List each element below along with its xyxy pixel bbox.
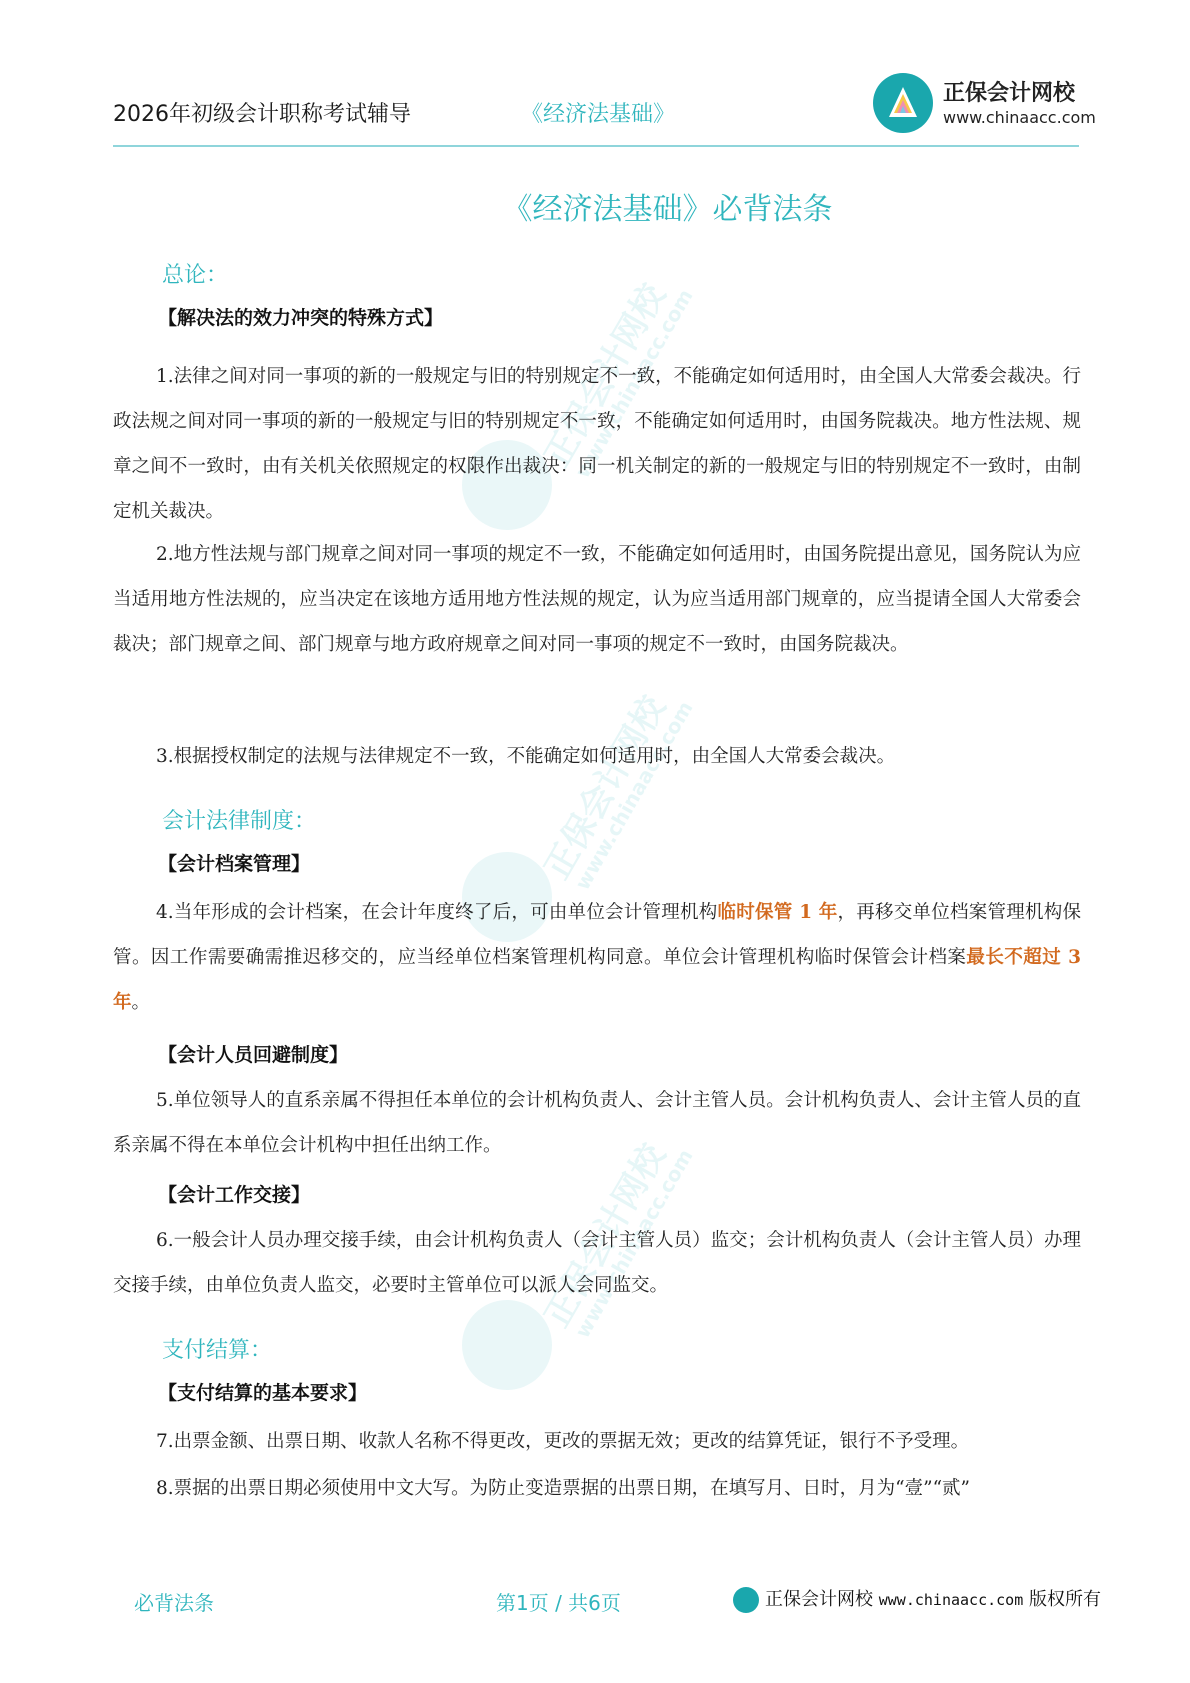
header-course: 2026年初级会计职称考试辅导 [113,97,411,128]
article-6: 6.一般会计人员办理交接手续，由会计机构负责人（会计主管人员）监交；会计机构负责… [113,1218,1081,1308]
article-4-text-a: 4.当年形成的会计档案，在会计年度终了后，可由单位会计管理机构 [156,902,718,923]
article-8: 8.票据的出票日期必须使用中文大写。为防止变造票据的出票日期，在填写月、日时，月… [113,1466,1081,1511]
section-heading-general: 总论： [162,258,228,289]
footer-brand-url[interactable]: www.chinaacc.com [879,1591,1024,1609]
article-3: 3.根据授权制定的法规与法律规定不一致，不能确定如何适用时，由全国人大常委会裁决… [113,734,1081,779]
subheading-conflict-resolution: 【解决法的效力冲突的特殊方式】 [158,303,443,330]
subheading-archive-management: 【会计档案管理】 [158,849,310,876]
subheading-work-handover: 【会计工作交接】 [158,1180,310,1207]
article-4: 4.当年形成的会计档案，在会计年度终了后，可由单位会计管理机构临时保管 1 年，… [113,890,1081,1025]
header-subject: 《经济法基础》 [521,97,675,128]
brand-name: 正保会计网校 [943,76,1075,107]
article-5: 5.单位领导人的直系亲属不得担任本单位的会计机构负责人、会计主管人员。会计机构负… [113,1078,1081,1168]
footer-doc-label: 必背法条 [134,1587,214,1616]
brand-url[interactable]: www.chinaacc.com [943,108,1096,127]
article-7: 7.出票金额、出票日期、收款人名称不得更改，更改的票据无效；更改的结算凭证，银行… [113,1419,1081,1464]
section-heading-accounting-law: 会计法律制度： [162,804,316,835]
article-4-text-c: 。 [132,992,151,1013]
article-4-highlight-1: 临时保管 1 年 [718,902,838,923]
header-divider [113,145,1079,147]
subheading-avoidance-system: 【会计人员回避制度】 [158,1040,348,1067]
logo-triangle-icon [873,73,933,133]
section-heading-payment-settlement: 支付结算： [162,1333,272,1364]
page-indicator: 第1页 / 共6页 [496,1587,621,1616]
footer-copyright: 版权所有 [1029,1589,1101,1610]
page-title: 《经济法基础》必背法条 [0,184,1190,228]
subheading-payment-requirements: 【支付结算的基本要求】 [158,1378,367,1405]
footer-brand: 正保会计网校 www.chinaacc.com 版权所有 [733,1585,1101,1613]
article-1: 1.法律之间对同一事项的新的一般规定与旧的特别规定不一致，不能确定如何适用时，由… [113,354,1081,534]
brand-logo-icon [873,73,933,133]
article-2: 2.地方性法规与部门规章之间对同一事项的规定不一致，不能确定如何适用时，由国务院… [113,532,1081,667]
footer-logo-icon [733,1587,759,1613]
footer-brand-name: 正保会计网校 [765,1589,873,1610]
